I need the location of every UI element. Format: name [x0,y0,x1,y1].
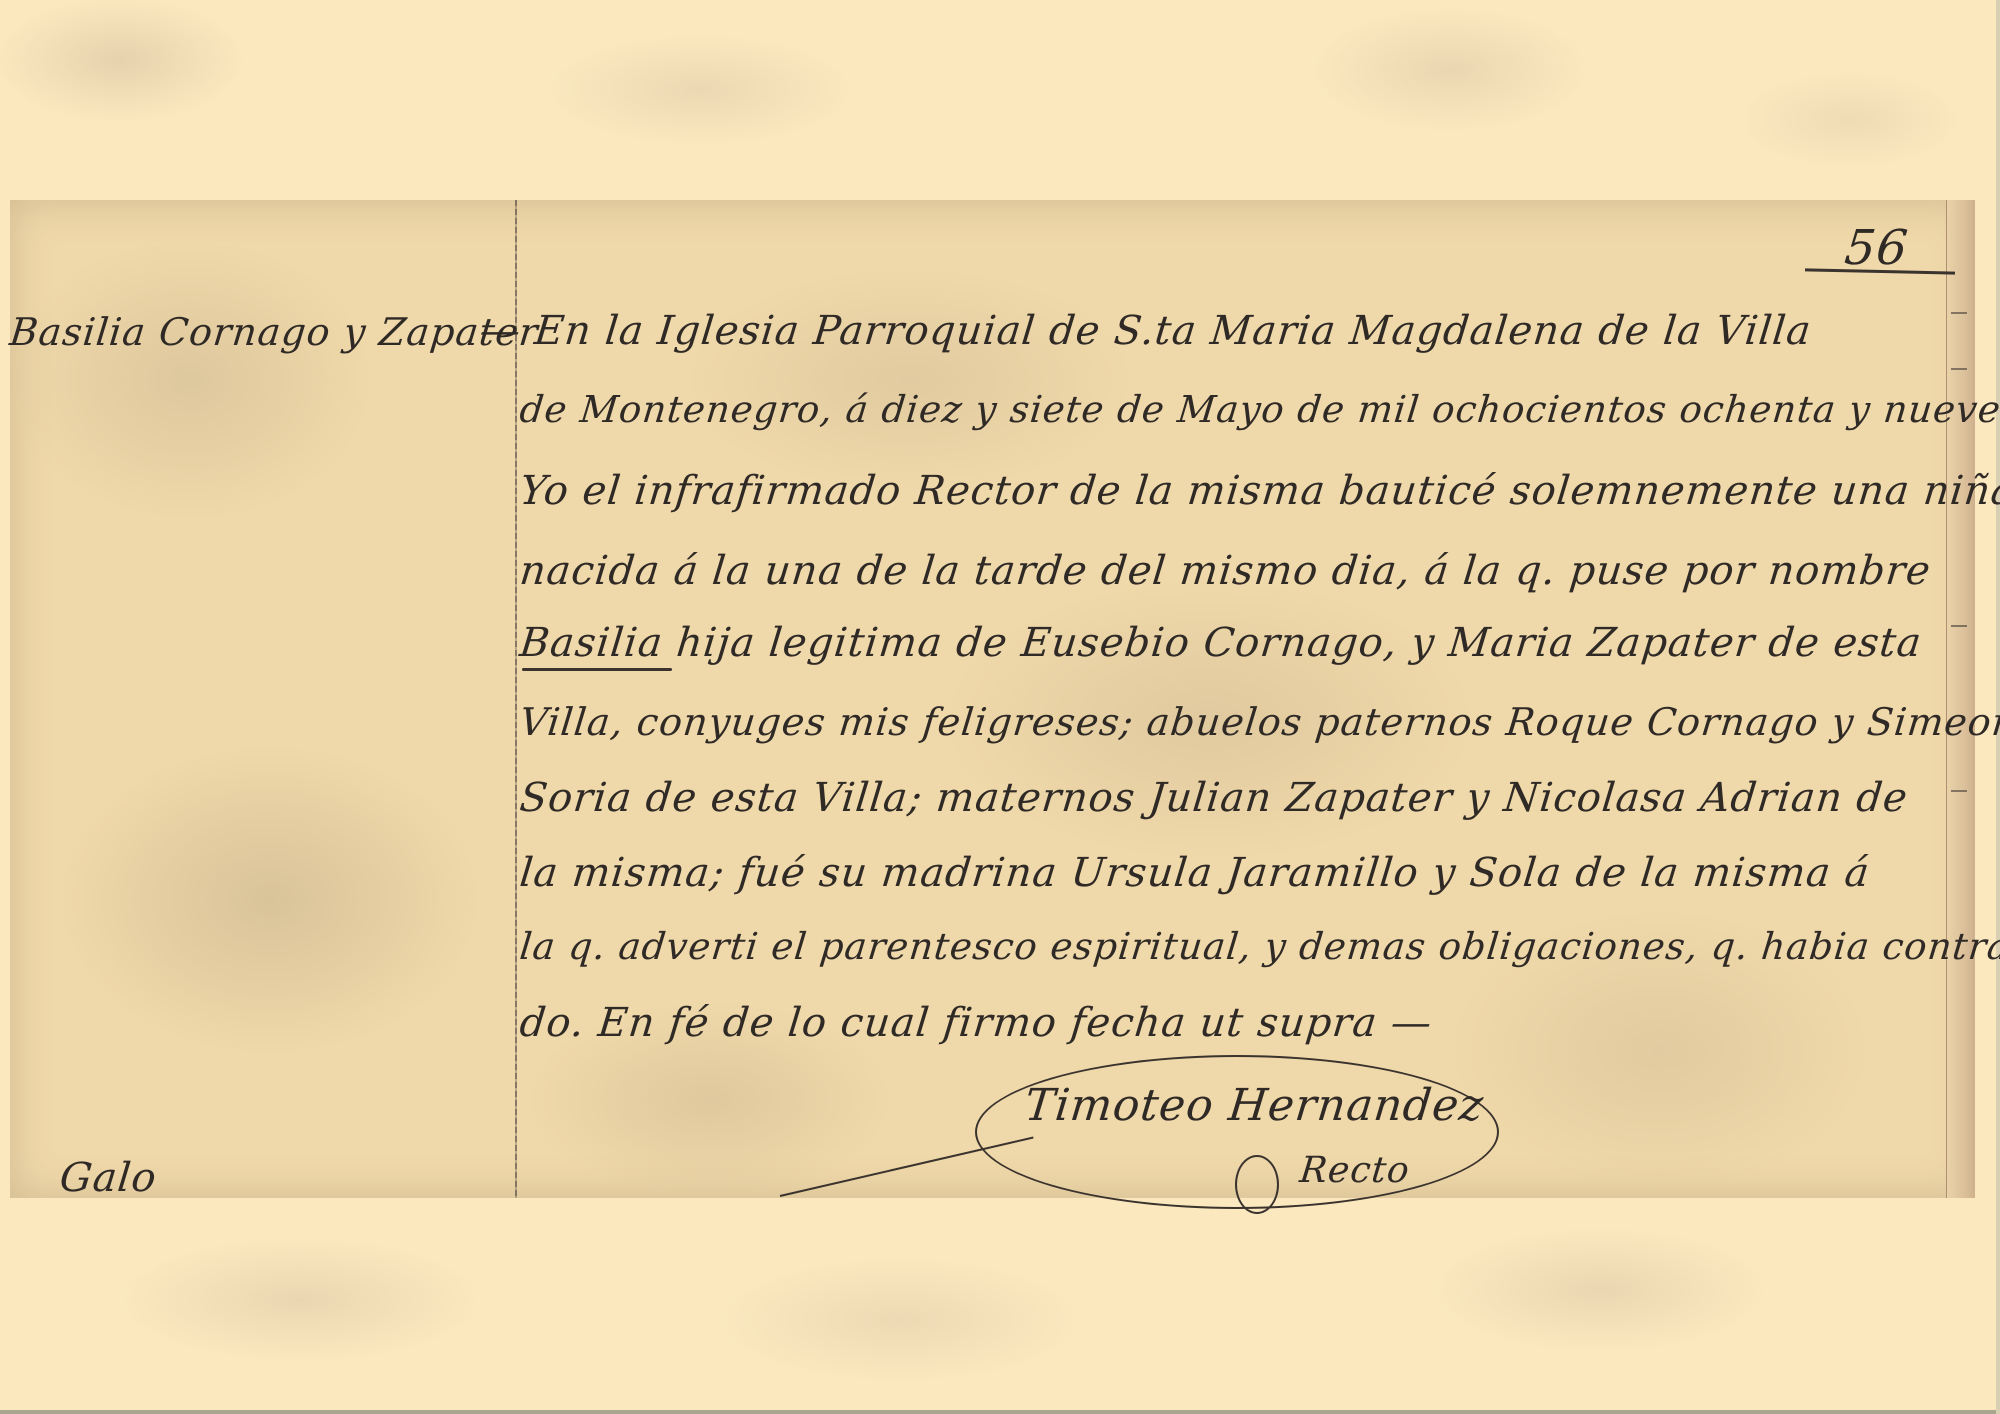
record-line-9: la q. adverti el parentesco espiritual, … [518,925,2000,968]
record-line-5: Basilia hija legitima de Eusebio Cornago… [518,620,1925,666]
signature-name: Timoteo Hernandez [1022,1080,1486,1131]
record-line-8: la misma; fué su madrina Ursula Jaramill… [518,850,1873,896]
ruler-tick [1951,790,1967,792]
record-line-1: — En la Iglesia Parroquial de S.ta Maria… [478,308,1814,354]
signature-small-loop [1235,1155,1279,1214]
ruler-tick [1951,625,1967,627]
ruler-tick [1951,312,1967,314]
page-number: 56 [1842,220,1911,276]
record-line-3: Yo el infrafirmado Rector de la misma ba… [518,468,2000,514]
scanned-register-page: 56 Basilia Cornago y Zapater — En la Igl… [10,200,1975,1198]
page-binding-edge [1946,200,1975,1198]
next-entry-margin-partial: Galo [58,1155,160,1201]
scan-bottom-edge [0,1410,2000,1414]
record-line-2: de Montenegro, á diez y siete de Mayo de… [518,388,2000,431]
record-line-6: Villa, conyuges mis feligreses; abuelos … [518,700,2000,744]
record-line-7: Soria de esta Villa; maternos Julian Zap… [518,775,1911,821]
margin-entry-name: Basilia Cornago y Zapater [8,310,541,354]
ruler-tick [1951,368,1967,370]
signature-flourish-stroke [780,1137,1034,1197]
signature-title: Recto [1298,1150,1412,1191]
record-line-4: nacida á la una de la tarde del mismo di… [518,548,1934,594]
name-underline [522,668,672,671]
record-line-10: do. En fé de lo cual firmo fecha ut supr… [518,1000,1435,1046]
